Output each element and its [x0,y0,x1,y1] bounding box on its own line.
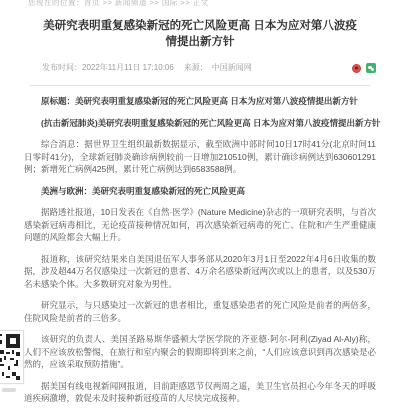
wechat-share-icon[interactable] [366,63,376,73]
paragraph-summary: 综合消息：据世界卫生组织最新数据显示，截至欧洲中部时间10日17时41分(北京时… [24,138,376,176]
lead-title-line: (抗击新冠肺炎)美研究表明重复感染新冠的死亡风险更高 日本为应对第八波疫情提出新… [24,117,376,130]
article-body: 原标题：美研究表明重复感染新冠的死亡风险更高 日本为应对第八波疫情提出新方针 (… [24,95,376,405]
paragraph-cnn: 据美国有线电视新闻网报道，目前距感恩节仅两周之遥，美卫生官员担心今年冬天的呼吸道… [24,380,376,405]
page-title: 美研究表明重复感染新冠的死亡风险更高 日本为应对第八波疫情提出新方针 [38,18,362,50]
publish-time-label: 发布时间： [42,63,82,73]
qr-code [0,330,24,384]
source-name: 中国新闻网 [212,63,252,73]
source-label: 来源： [184,63,208,73]
weibo-share-icon[interactable] [352,64,361,73]
paragraph-reuters: 据路透社报道，10日发表在《自然·医学》(Nature Medicine)杂志的… [24,206,376,244]
article-meta: 发布时间： 2022年11月11日 17:10:06 来源： 中国新闻网 [42,63,376,73]
breadcrumb[interactable]: 您现在的位置：首页 >> 新闻频道 >> 国际 >> 正文 [28,0,209,8]
paragraph-study-data: 报道称，该研究结果来自美国退伍军人事务部从2020年3月1日至2022年4月6日… [24,253,376,291]
header-divider [30,85,370,86]
qr-caption [2,388,16,392]
paragraph-study-findings: 研究显示，与只感染过一次新冠的患者相比，重复感染患者的死亡风险是前者的两倍多，住… [24,299,376,324]
qr-code-graphic [0,334,20,380]
publish-time-value: 2022年11月11日 17:10:06 [82,63,174,73]
share-icons [352,63,376,73]
original-title-line: 原标题：美研究表明重复感染新冠的死亡风险更高 日本为应对第八波疫情提出新方针 [24,95,376,108]
paragraph-researcher-quote: 该研究的负责人、美国圣路易斯华盛顿大学医学院的齐亚德·阿尔-阿利(Ziyad A… [24,333,376,371]
section-heading: 美洲与欧洲：美研究表明重复感染新冠的死亡风险更高 [24,185,376,198]
